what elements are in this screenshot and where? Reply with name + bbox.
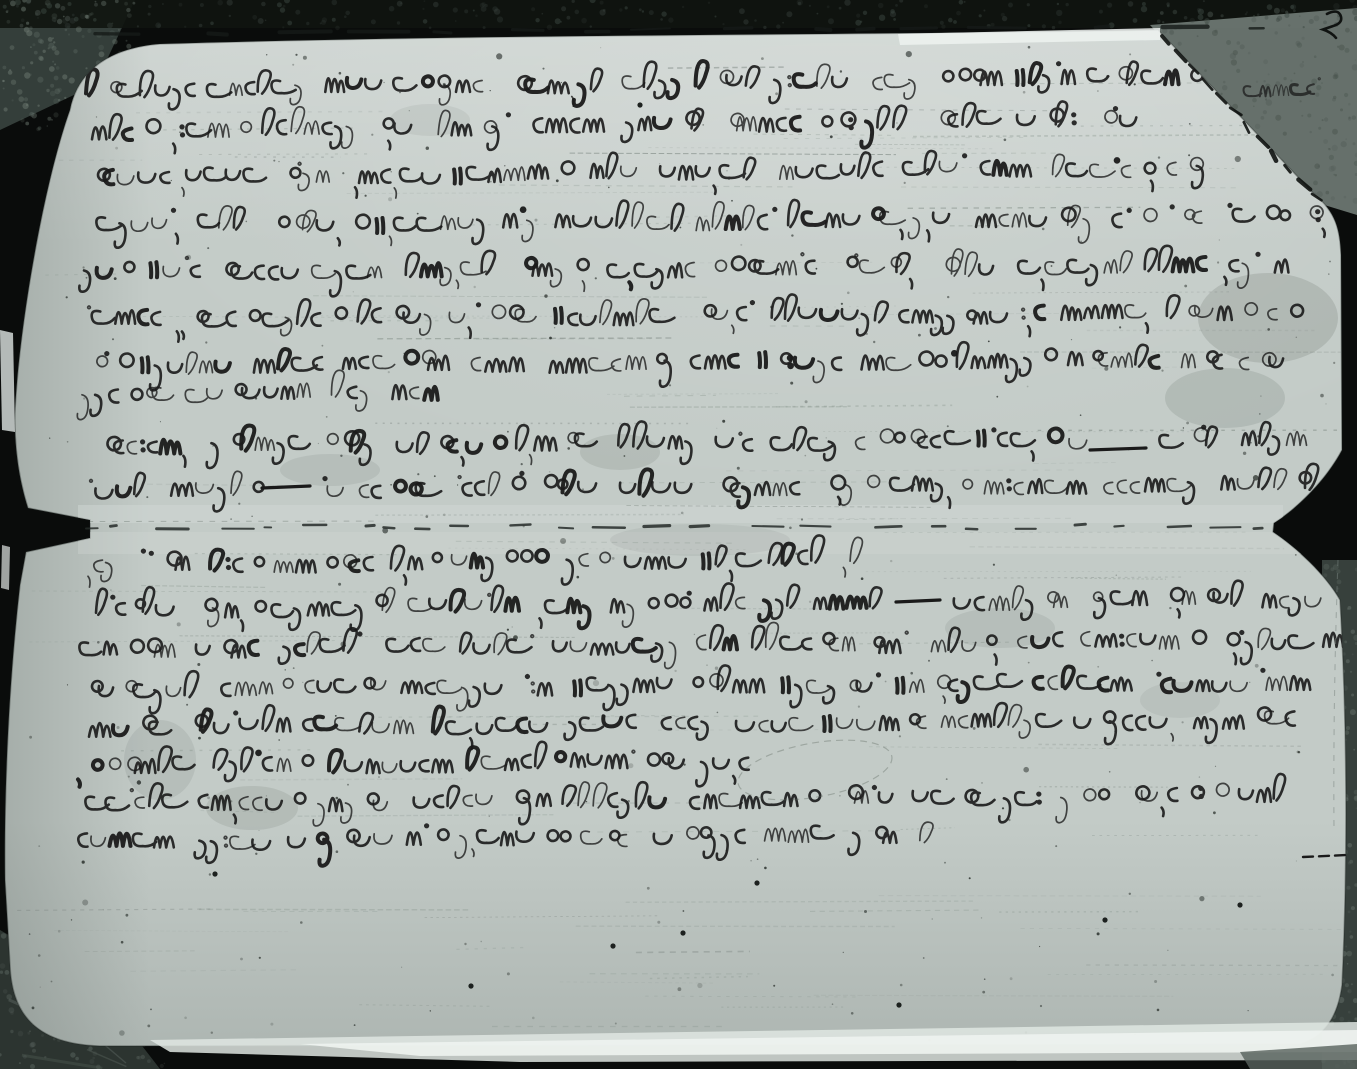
- manuscript-photo: Black-and-white photograph of a handwrit…: [0, 0, 1357, 1069]
- dust-speck: [212, 871, 217, 876]
- dust-speck: [1102, 917, 1107, 922]
- left-edge-streak-2: [1, 545, 10, 590]
- paper-smudge: [280, 454, 380, 486]
- inline-dash-mark: [262, 486, 310, 488]
- paper-smudge: [1165, 368, 1285, 428]
- dust-speck: [1237, 902, 1242, 907]
- inline-dash-mark: [896, 600, 940, 602]
- manuscript-scene: [0, 0, 1357, 1069]
- dust-speck: [468, 983, 473, 988]
- left-edge-streak-1: [0, 330, 15, 432]
- dust-speck: [896, 1002, 901, 1007]
- dust-speck: [680, 930, 685, 935]
- dust-speck: [610, 943, 615, 948]
- dust-speck: [637, 102, 642, 107]
- paper-smudge: [206, 786, 298, 830]
- dust-speck: [754, 880, 759, 885]
- paper-smudge: [610, 524, 790, 556]
- inline-dash-mark: [1090, 448, 1146, 450]
